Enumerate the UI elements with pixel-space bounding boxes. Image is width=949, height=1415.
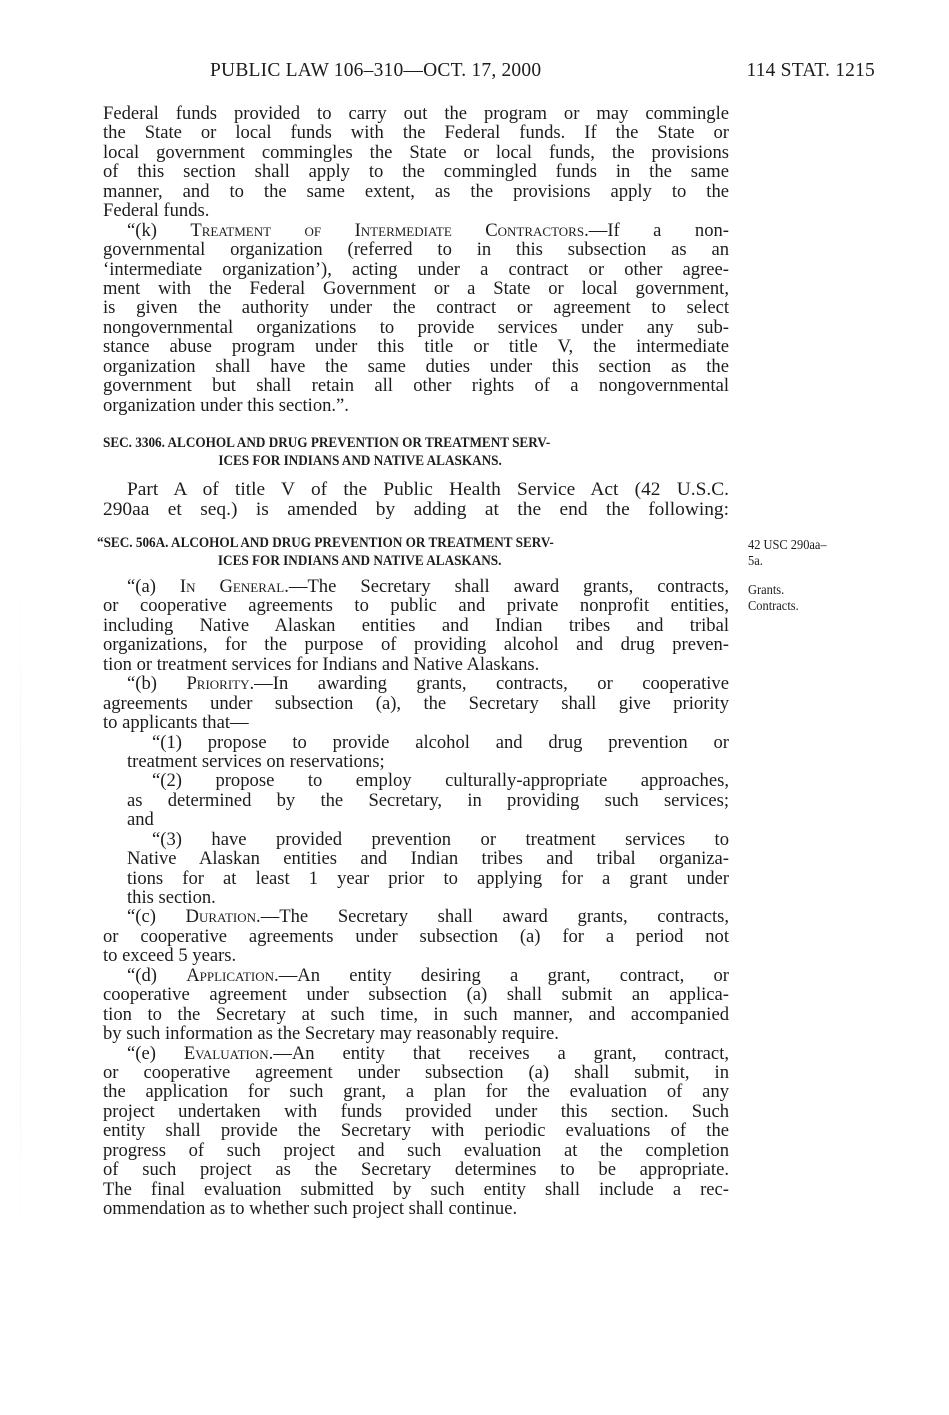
text-fragment: —The Secretary shall award grants, contr… [261,906,729,927]
text-line: Native Alaskan entities and Indian tribe… [103,849,729,868]
text-line: tions for at least 1 year prior to apply… [103,869,729,888]
heading-line: “SEC. 506A. ALCOHOL AND DRUG PREVENTION … [97,534,679,552]
text-line: including Native Alaskan entities and In… [103,616,729,635]
text-fragment: —An entity desiring a grant, contract, o… [279,965,729,986]
continuation-paragraph: Federal funds provided to carry out the … [103,104,729,415]
text-line: cooperative agreement under subsection (… [103,985,729,1004]
priority-item-1: “(1) propose to provide alcohol and drug… [103,733,729,752]
text-fragment: —In awarding grants, contracts, or coope… [254,673,729,694]
text-line: or cooperative agreement under subsectio… [103,1063,729,1082]
text-line: to applicants that— [103,713,729,732]
text-line: Federal funds. [103,201,729,220]
subsection-heading: Treatment of Intermediate Contractors. [190,220,588,241]
text-line: tion or treatment services for Indians a… [103,655,729,674]
text-line: or cooperative agreements to public and … [103,596,729,615]
text-line: to exceed 5 years. [103,946,729,965]
text-fragment: —An entity that receives a grant, contra… [273,1043,729,1064]
text-line: progress of such project and such evalua… [103,1141,729,1160]
text-line: Federal funds provided to carry out the … [103,104,729,123]
section-506a-body: “(a) In General.—The Secretary shall awa… [103,577,729,1218]
heading-line: ICES FOR INDIANS AND NATIVE ALASKANS. [97,552,679,570]
text-line: ommendation as to whether such project s… [103,1199,729,1218]
text-line: ‘intermediate organization’), acting und… [103,260,729,279]
text-line: entity shall provide the Secretary with … [103,1121,729,1140]
statute-page-number: 114 STAT. 1215 [746,60,875,82]
text-line: of such project as the Secretary determi… [103,1160,729,1179]
section-3306-heading: SEC. 3306. ALCOHOL AND DRUG PREVENTION O… [103,434,685,470]
text-line: stance abuse program under this title or… [103,337,729,356]
priority-item-2: “(2) propose to employ culturally-approp… [103,771,729,790]
text-line: treatment services on reservations; [103,752,729,771]
subsection-c-first-line: “(c) Duration.—The Secretary shall award… [103,907,729,926]
text-line: nongovernmental organizations to provide… [103,318,729,337]
public-law-citation: PUBLIC LAW 106–310—OCT. 17, 2000 [210,60,541,82]
subsection-marker: “(d) [127,965,186,986]
text-line: agreements under subsection (a), the Sec… [103,694,729,713]
text-line: organizations, for the purpose of provid… [103,635,729,654]
subsection-marker: “(c) [127,906,186,927]
subsection-k-first-line: “(k) Treatment of Intermediate Contracto… [103,221,729,240]
text-line: is given the authority under the contrac… [103,298,729,317]
text-line: as determined by the Secretary, in provi… [103,791,729,810]
priority-item-3: “(3) have provided prevention or treatme… [103,830,729,849]
subsection-d-first-line: “(d) Application.—An entity desiring a g… [103,966,729,985]
usc-citation-margin-note: 42 USC 290aa– 5a. [748,537,827,569]
subsection-a-first-line: “(a) In General.—The Secretary shall awa… [103,577,729,596]
text-line: local government commingles the State or… [103,143,729,162]
text-line: project undertaken with funds provided u… [103,1102,729,1121]
subsection-marker: “(a) [127,576,180,597]
subsection-marker: “(k) [127,220,190,241]
heading-line: ICES FOR INDIANS AND NATIVE ALASKANS. [103,452,685,470]
subsection-marker: “(e) [127,1043,184,1064]
heading-line: SEC. 3306. ALCOHOL AND DRUG PREVENTION O… [103,434,685,452]
subsection-marker: “(b) [127,673,186,694]
text-line: manner, and to the same extent, as the p… [103,182,729,201]
text-line: the State or local funds with the Federa… [103,123,729,142]
text-line: this section. [103,888,729,907]
text-line: and [103,810,729,829]
section-506a-heading: “SEC. 506A. ALCOHOL AND DRUG PREVENTION … [97,534,679,570]
text-line: governmental organization (referred to i… [103,240,729,259]
text-line: ment with the Federal Government or a St… [103,279,729,298]
subsection-b-first-line: “(b) Priority.—In awarding grants, contr… [103,674,729,693]
text-line: Part A of title V of the Public Health S… [103,480,729,500]
text-fragment: —The Secretary shall award grants, contr… [289,576,729,597]
text-line: by such information as the Secretary may… [103,1024,729,1043]
text-line: 290aa et seq.) is amended by adding at t… [103,500,729,520]
text-line: organization under this section.”. [103,396,729,415]
subsection-heading: Application. [186,965,278,986]
subsection-e-first-line: “(e) Evaluation.—An entity that receives… [103,1044,729,1063]
subsection-heading: Priority. [186,673,254,694]
text-line: government but shall retain all other ri… [103,376,729,395]
subsection-heading: In General. [180,576,289,597]
text-line: organization shall have the same duties … [103,357,729,376]
margin-note-line: 5a. [748,553,827,569]
text-line: the application for such grant, a plan f… [103,1082,729,1101]
margin-note-line: 42 USC 290aa– [748,537,827,553]
text-line: or cooperative agreements under subsecti… [103,927,729,946]
scan-edge-shadow [20,560,21,1260]
text-fragment: —If a non- [589,220,729,241]
text-line: of this section shall apply to the commi… [103,162,729,181]
margin-note-line: Grants. [748,582,799,598]
amendment-intro: Part A of title V of the Public Health S… [103,480,729,520]
text-line: The final evaluation submitted by such e… [103,1180,729,1199]
margin-note-line: Contracts. [748,598,799,614]
subsection-heading: Evaluation. [184,1043,273,1064]
grants-contracts-margin-note: Grants. Contracts. [748,582,799,614]
page-header: PUBLIC LAW 106–310—OCT. 17, 2000 114 STA… [210,60,875,86]
text-line: tion to the Secretary at such time, in s… [103,1005,729,1024]
subsection-heading: Duration. [186,906,261,927]
